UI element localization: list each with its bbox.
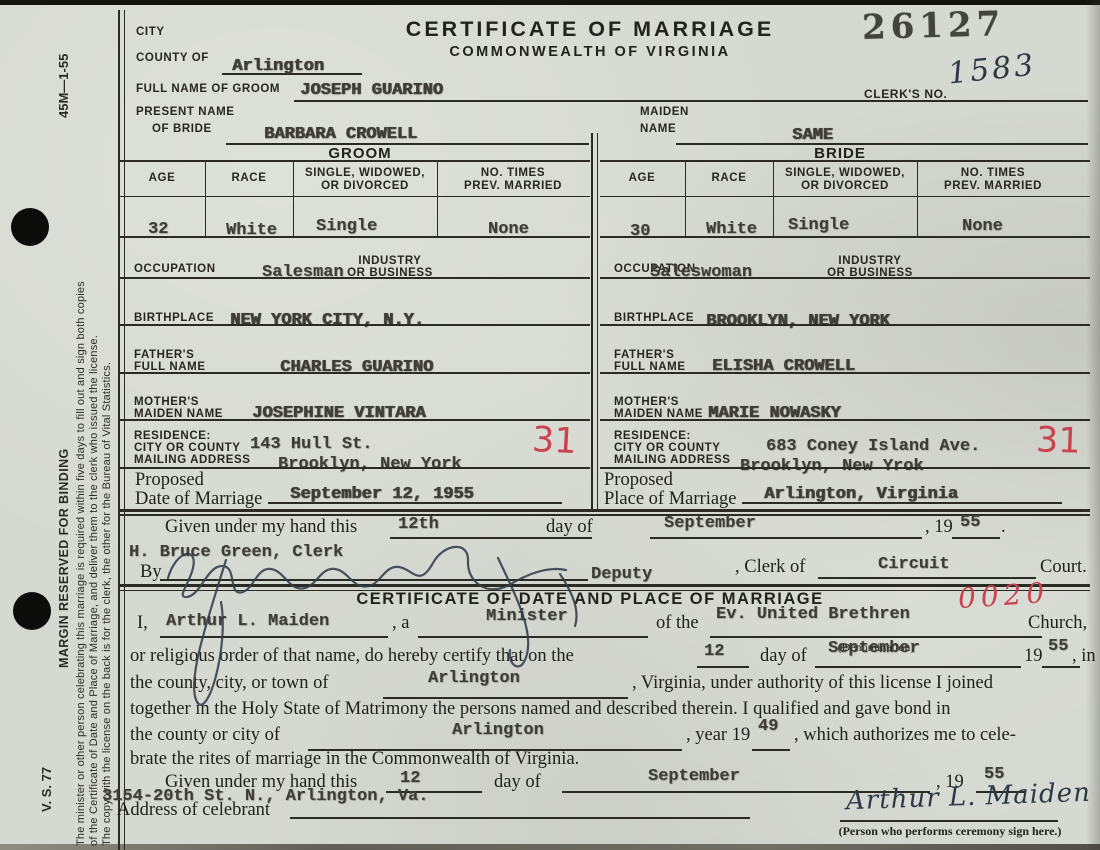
groom-table-top-border [120, 160, 590, 162]
groom-status-header-2: OR DIVORCED [295, 180, 435, 192]
proposed-date-line [268, 502, 562, 504]
bride-col-divider-3 [917, 162, 918, 237]
groom-residence-label-2: CITY OR COUNTY [134, 442, 241, 454]
bride-col-divider-1 [685, 162, 686, 237]
bride-table-top-border [600, 160, 1090, 162]
groom-industry-label-1: INDUSTRY [335, 255, 445, 267]
bride-address-line-1: 683 Coney Island Ave. [766, 437, 980, 456]
margin-instructions-line3: The copy with the license on the back is… [101, 362, 113, 846]
groom-address-line-2: Brooklyn, New York [278, 455, 462, 474]
cert-line3-prefix: the county, city, or town of [130, 673, 329, 694]
stamped-license-number: 26127 [862, 4, 1006, 48]
celebrant-name-line [160, 636, 388, 638]
bride-residence-label-2: CITY OR COUNTY [614, 442, 721, 454]
cert-celebrant-name-typed: Arthur L. Maiden [166, 612, 329, 631]
cert-line3-place: Arlington [428, 669, 520, 688]
panel-divider-outer [591, 133, 593, 512]
celebrant-signature: Arthur L. Maiden [846, 778, 1092, 817]
cert-line2-month: September [828, 639, 920, 658]
scan-bottom-edge [0, 844, 1100, 850]
cert-given-month: September [648, 767, 740, 786]
bride-age-header: AGE [612, 172, 672, 184]
county-of-label: COUNTY OF [136, 52, 209, 64]
line2-day-line [697, 666, 749, 668]
cert-line2-prefix: or religious order of that name, do here… [130, 646, 574, 667]
groom-times-header-1: NO. TIMES [453, 167, 573, 179]
document-border-outer [118, 10, 120, 850]
cert-line2-19: 19 [1024, 646, 1043, 667]
bride-times-header-2: PREV. MARRIED [933, 180, 1053, 192]
cert-a-label: , a [392, 613, 409, 634]
celebrant-address-line [290, 817, 750, 819]
clerk-month-value: September [664, 514, 756, 533]
bride-mother-rule [600, 419, 1090, 421]
cert-line2-dayof: day of [760, 646, 807, 667]
groom-values-baseline [120, 236, 590, 238]
groom-header-underline [120, 196, 590, 197]
bride-father-label-1: FATHER'S [614, 349, 674, 361]
cert-i-label: I, [137, 613, 148, 634]
bride-mother-label-1: MOTHER'S [614, 396, 679, 408]
groom-occupation-label: OCCUPATION [134, 263, 216, 275]
scan-right-shadow [1086, 0, 1100, 850]
certificate-subtitle: COMMONWEALTH OF VIRGINIA [280, 44, 900, 60]
cert-line5-year-label: , year 19 [686, 725, 750, 746]
clerk-19-label: , 19 [925, 517, 953, 538]
groom-father-value: CHARLES GUARINO [280, 358, 433, 377]
document-border-inner [124, 10, 126, 850]
groom-mother-label-1: MOTHER'S [134, 396, 199, 408]
cert-line2-suffix: , in [1072, 646, 1096, 667]
bride-residence-label-3: MAILING ADDRESS [614, 454, 731, 466]
bride-father-rule [600, 372, 1090, 374]
line2-month-line [815, 666, 1021, 668]
groom-birthplace-label: BIRTHPLACE [134, 312, 214, 324]
panel-divider-inner [597, 133, 599, 512]
court-type-value: Circuit [878, 555, 949, 574]
clerks-no-value: 1583 [946, 47, 1038, 91]
punch-hole-bottom [13, 592, 51, 630]
bride-birthplace-rule [600, 324, 1090, 326]
clerk-month-line [650, 537, 922, 539]
vs-form-number: V. S. 77 [39, 767, 54, 812]
groom-residence-rule [120, 467, 590, 469]
bride-residence-label-1: RESIDENCE: [614, 430, 691, 442]
red-code-annotation: 0020 [957, 576, 1050, 615]
groom-occupation-rule [120, 277, 590, 279]
scan-top-edge [0, 0, 1100, 5]
groom-age-header: AGE [132, 172, 192, 184]
minister-line [418, 636, 648, 638]
groom-father-rule [120, 372, 590, 374]
present-name-label-2: OF BRIDE [152, 123, 212, 135]
groom-occupation-value: Salesman [262, 263, 344, 282]
bride-times-header-1: NO. TIMES [933, 167, 1053, 179]
bride-status-value: Single [788, 216, 849, 235]
by-label: By [140, 562, 162, 583]
groom-name-label: FULL NAME OF GROOM [136, 83, 280, 95]
address-of-celebrant-label: Address of celebrant [117, 800, 270, 821]
groom-proposed-label-2: Date of Marriage [135, 489, 262, 510]
bride-proposed-label-2: Place of Marriage [604, 489, 737, 510]
deputy-label: Deputy [591, 565, 652, 584]
bride-header-underline [600, 196, 1090, 197]
court-label: Court. [1040, 557, 1087, 578]
groom-red-annotation: 31 [531, 420, 578, 462]
groom-times-header-2: PREV. MARRIED [453, 180, 573, 192]
bride-occupation-value: Saleswoman [650, 263, 752, 282]
cert-line4: together in the Holy State of Matrimony … [130, 699, 950, 720]
celebrant-signature-line [840, 820, 1058, 822]
certificate-title: CERTIFICATE OF MARRIAGE [280, 17, 900, 42]
cert-ofthe-label: of the [656, 613, 699, 634]
groom-race-header: RACE [219, 172, 279, 184]
bride-residence-rule [600, 467, 1090, 469]
clerk-day-value: 12th [398, 515, 439, 534]
margin-instructions-line1: The minister or other person celebrating… [75, 281, 87, 846]
line5-year-line [752, 749, 790, 751]
groom-name-value: JOSEPH GUARINO [300, 81, 443, 100]
cert-line5-prefix: the county or city of [130, 725, 280, 746]
bride-times-value: None [962, 217, 1003, 236]
bride-values-baseline [600, 236, 1090, 238]
margin-binding-heading: MARGIN RESERVED FOR BINDING [57, 448, 71, 668]
cert-line3-suffix: , Virginia, under authority of this lice… [632, 673, 993, 694]
groom-status-header-1: SINGLE, WIDOWED, [295, 167, 435, 179]
clerk-dayof-label: day of [546, 517, 593, 538]
groom-father-label-1: FATHER'S [134, 349, 194, 361]
groom-birthplace-value: NEW YORK CITY, N.Y. [230, 311, 424, 330]
scanned-marriage-certificate: 45M—1-55 MARGIN RESERVED FOR BINDING The… [0, 0, 1100, 850]
bride-age-value: 30 [630, 222, 650, 241]
panel-bottom-rule-1 [120, 509, 1090, 512]
clerk-given-prefix: Given under my hand this [165, 517, 357, 538]
panel-bottom-rule-2 [120, 514, 1090, 516]
section-divider-rule-1 [120, 584, 1090, 587]
bride-status-header-2: OR DIVORCED [775, 180, 915, 192]
city-label: CITY [136, 26, 165, 38]
bride-present-name-value: BARBARA CROWELL [264, 125, 417, 144]
groom-birthplace-rule [120, 324, 590, 326]
clerks-no-label: CLERK'S NO. [864, 87, 947, 101]
groom-address-line-1: 143 Hull St. [250, 435, 372, 454]
bride-birthplace-label: BIRTHPLACE [614, 312, 694, 324]
form-code-vertical: 45M—1-55 [56, 54, 71, 118]
bride-race-header: RACE [699, 172, 759, 184]
clerk-name-value: H. Bruce Green, Clerk [129, 543, 343, 562]
cert-line2-day: 12 [704, 642, 724, 661]
cert-denomination-value: Ev. United Brethren [716, 605, 910, 624]
clerk-period: . [1001, 517, 1006, 538]
clerk-of-label: , Clerk of [735, 557, 805, 578]
present-name-label-1: PRESENT NAME [136, 106, 235, 118]
cert-minister-value: Minister [486, 607, 568, 626]
cert-line6: brate the rites of marriage in the Commo… [130, 749, 579, 770]
cert-church-label: Church, [1028, 613, 1087, 634]
groom-residence-label-3: MAILING ADDRESS [134, 454, 251, 466]
groom-proposed-label-1: Proposed [135, 470, 204, 491]
bride-occupation-rule [600, 277, 1090, 279]
cert-line5-year: 49 [758, 717, 778, 736]
clerk-year-value: 55 [960, 513, 980, 532]
cert-line2-year: 55 [1048, 637, 1068, 656]
cert-line5-place: Arlington [452, 721, 544, 740]
maiden-name-label-2: NAME [640, 123, 676, 135]
cert-line5-suffix: , which authorizes me to cele- [794, 725, 1016, 746]
groom-residence-label-1: RESIDENCE: [134, 430, 211, 442]
cert-given-dayof: day of [494, 772, 541, 793]
groom-col-divider-3 [437, 162, 438, 237]
groom-status-value: Single [316, 217, 377, 236]
deputy-signature-line [160, 579, 588, 581]
cert-given-day: 12 [400, 769, 420, 788]
bride-birthplace-value: BROOKLYN, NEW YORK [706, 312, 890, 331]
signature-caption: (Person who performs ceremony sign here.… [828, 824, 1072, 839]
punch-hole-top [11, 208, 49, 246]
bride-red-annotation: 31 [1035, 420, 1081, 462]
county-value: Arlington [232, 57, 324, 76]
bride-industry-label-1: INDUSTRY [815, 255, 925, 267]
margin-instructions-line2: of the Certificate of Date and Place of … [88, 335, 100, 846]
groom-mother-rule [120, 419, 590, 421]
groom-name-rule [294, 100, 1088, 102]
denomination-line [710, 636, 1042, 638]
bride-status-header-1: SINGLE, WIDOWED, [775, 167, 915, 179]
groom-col-divider-1 [205, 162, 206, 237]
bride-proposed-label-1: Proposed [604, 470, 673, 491]
clerk-year-line [952, 537, 1000, 539]
maiden-name-label-1: MAIDEN [640, 106, 689, 118]
proposed-place-line [742, 502, 1062, 504]
